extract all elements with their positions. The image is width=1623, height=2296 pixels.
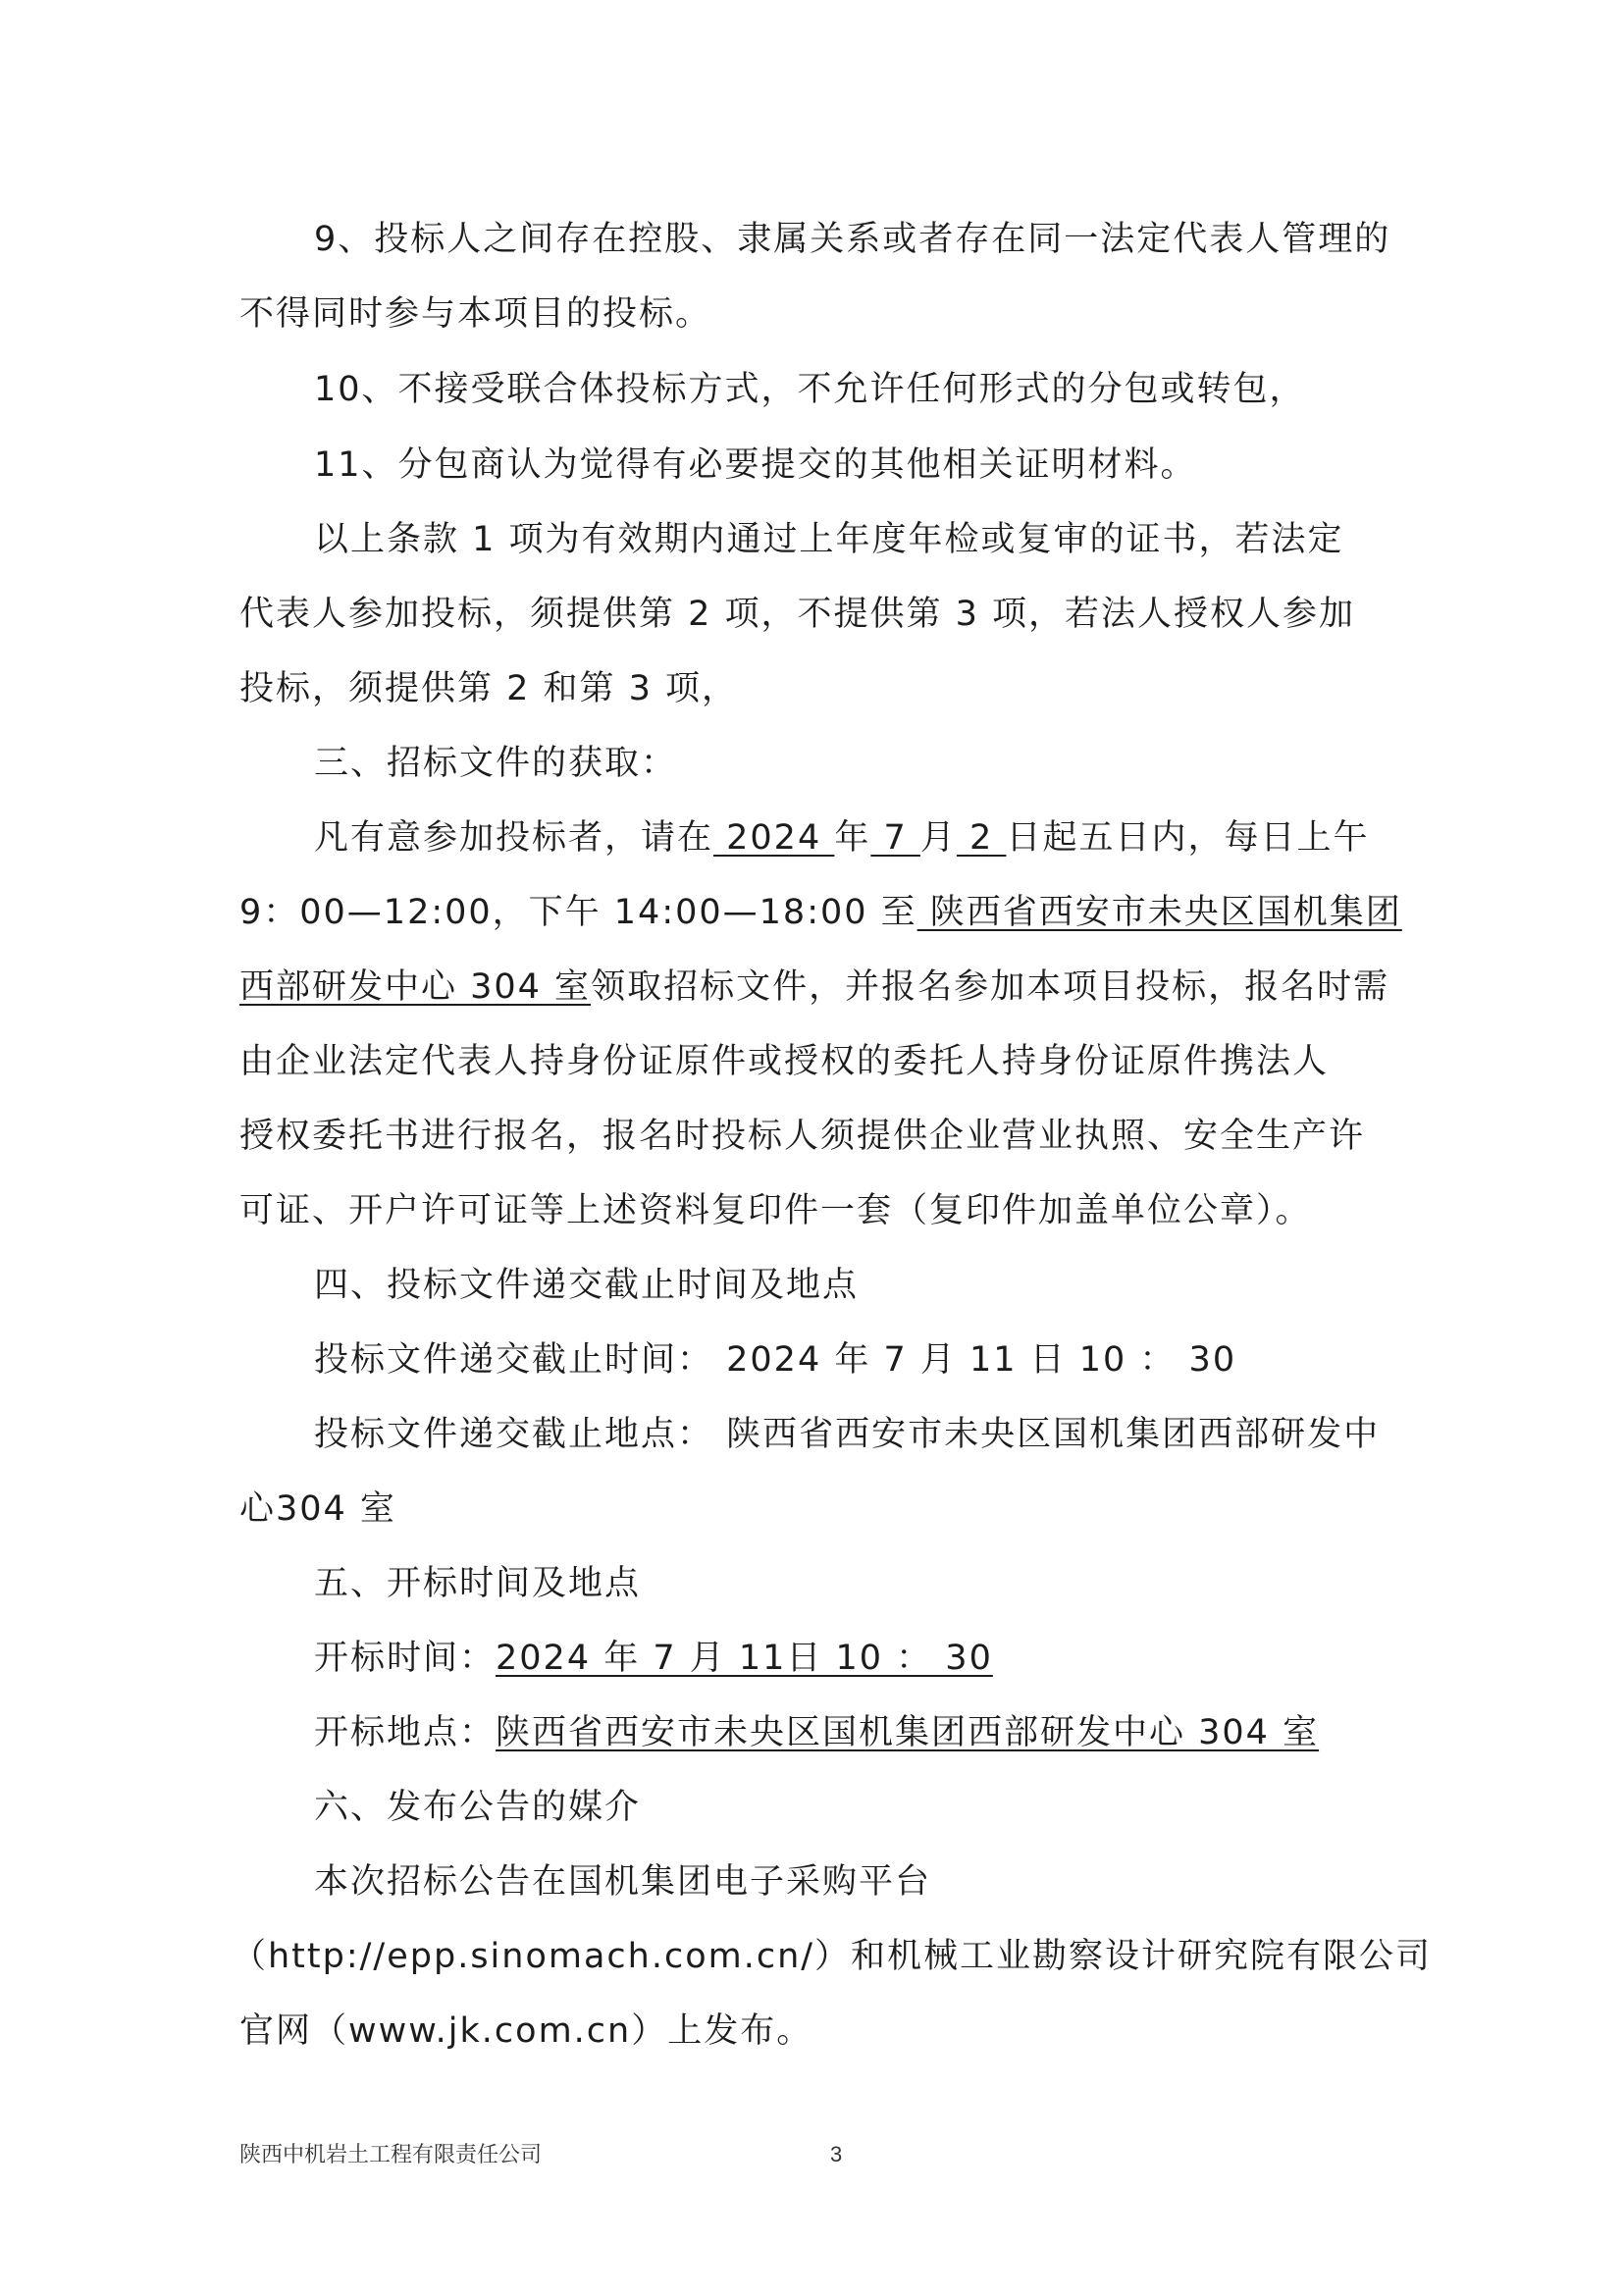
- deadline-location-label: 投标文件递交截止地点：: [314, 1415, 713, 1454]
- item-11: 11、分包商认为觉得有必要提交的其他相关证明材料。: [314, 444, 1197, 487]
- para-2-prefix: 9：00—12:00，下午 14:00—18:00 至: [239, 893, 917, 932]
- section-3-para-6: 可证、开户许可证等上述资料复印件一套（复印件加盖单位公章）。: [239, 1189, 1312, 1232]
- note-line-3: 投标，须提供第 2 和第 3 项，: [239, 667, 738, 710]
- deadline-location: 投标文件递交截止地点： 陕西省西安市未央区国机集团西部研发中: [314, 1413, 1380, 1456]
- item-9-line-2: 不得同时参与本项目的投标。: [239, 292, 711, 336]
- note-line-1: 以上条款 1 项为有效期内通过上年度年检或复审的证书，若法定: [314, 518, 1344, 561]
- page-number: 3: [830, 2141, 842, 2168]
- footer-company: 陕西中机岩土工程有限责任公司: [239, 2141, 542, 2168]
- section-6-heading: 六、发布公告的媒介: [314, 1786, 641, 1829]
- section-3-para-2: 9：00—12:00，下午 14:00—18:00 至 陕西省西安市未央区国机集…: [239, 891, 1402, 934]
- deadline-time-label: 投标文件递交截止时间：: [314, 1340, 713, 1380]
- section-6-line-2: （http://epp.sinomach.com.cn/）和机械工业勘察设计研究…: [232, 1935, 1432, 1978]
- section-3-heading: 三、招标文件的获取：: [314, 742, 677, 785]
- section-5-heading: 五、开标时间及地点: [314, 1562, 641, 1605]
- note-line-2: 代表人参加投标，须提供第 2 项，不提供第 3 项，若法人授权人参加: [239, 593, 1355, 636]
- deadline-location-value: 陕西省西安市未央区国机集团西部研发中: [713, 1415, 1380, 1454]
- opening-time-label: 开标时间：: [314, 1639, 496, 1678]
- day-value: 2: [957, 818, 1007, 858]
- section-3-para-1: 凡有意参加投标者，请在 2024 年 7 月 2 日起五日内，每日上午: [314, 816, 1369, 860]
- year-value: 2024: [713, 818, 834, 858]
- deadline-time: 投标文件递交截止时间： 2024 年 7 月 11 日 10 ： 30: [314, 1338, 1236, 1382]
- section-3-para-5: 授权委托书进行报名，报名时投标人须提供企业营业执照、安全生产许: [239, 1115, 1365, 1158]
- deadline-location-line-2: 心304 室: [239, 1487, 396, 1531]
- section-6-line-3: 官网（www.jk.com.cn）上发布。: [239, 2009, 812, 2053]
- para-3-suffix: 领取招标文件，并报名参加本项目投标，报名时需: [591, 967, 1389, 1007]
- section-3-para-4: 由企业法定代表人持身份证原件或授权的委托人持身份证原件携法人: [239, 1040, 1329, 1083]
- para-1-prefix: 凡有意参加投标者，请在: [314, 818, 713, 858]
- location-underlined-1: 陕西省西安市未央区国机集团: [917, 893, 1402, 932]
- month-suffix: 月: [920, 818, 957, 858]
- opening-place: 开标地点：陕西省西安市未央区国机集团西部研发中心 304 室: [314, 1711, 1319, 1754]
- location-underlined-2: 西部研发中心 304 室: [239, 967, 591, 1007]
- opening-place-label: 开标地点：: [314, 1713, 496, 1752]
- opening-time: 开标时间：2024 年 7 月 11日 10 ： 30: [314, 1637, 993, 1680]
- item-10: 10、不接受联合体投标方式，不允许任何形式的分包或转包，: [314, 368, 1306, 411]
- section-6-line-1: 本次招标公告在国机集团电子采购平台: [314, 1860, 931, 1904]
- opening-place-value: 陕西省西安市未央区国机集团西部研发中心 304 室: [496, 1713, 1319, 1752]
- item-9-line-1: 9、投标人之间存在控股、隶属关系或者存在同一法定代表人管理的: [314, 218, 1390, 261]
- document-page: 9、投标人之间存在控股、隶属关系或者存在同一法定代表人管理的 不得同时参与本项目…: [0, 0, 1623, 2296]
- section-4-heading: 四、投标文件递交截止时间及地点: [314, 1264, 859, 1307]
- year-suffix: 年: [834, 818, 870, 858]
- month-value: 7: [870, 818, 920, 858]
- section-3-para-3: 西部研发中心 304 室领取招标文件，并报名参加本项目投标，报名时需: [239, 965, 1389, 1009]
- opening-time-value: 2024 年 7 月 11日 10 ： 30: [496, 1639, 993, 1678]
- para-1-suffix: 日起五日内，每日上午: [1006, 818, 1369, 858]
- deadline-time-value: 2024 年 7 月 11 日 10 ： 30: [713, 1340, 1236, 1380]
